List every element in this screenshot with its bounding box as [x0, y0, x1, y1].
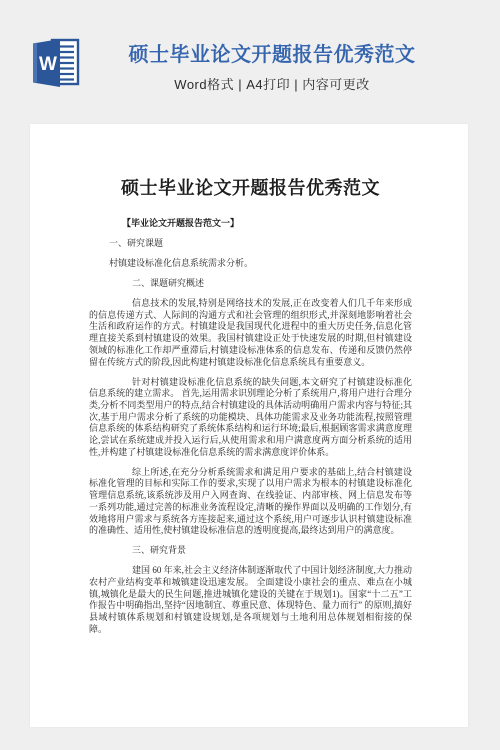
doc-paragraph: 建国 60 年来,社会主义经济体制逐渐取代了中国计划经济制度,大力推动农村产业结…: [89, 565, 412, 635]
document-preview-page: 硕士毕业论文开题报告优秀范文 【毕业论文开题报告范文一】一、研究课题村镇建设标准…: [30, 124, 468, 727]
preview-header: W 硕士毕业论文开题报告优秀范文 Word格式 | A4打印 | 内容可更改: [0, 0, 500, 124]
doc-heading: 三、研究背景: [89, 545, 412, 557]
doc-heading: 村镇建设标准化信息系统需求分析。: [89, 258, 412, 270]
doc-paragraph: 综上所述,在充分分析系统需求和满足用户要求的基础上,结合村镇建设标准化管理的目标…: [89, 467, 412, 537]
page-subtitle: Word格式 | A4打印 | 内容可更改: [44, 74, 500, 93]
doc-paragraph: 信息技术的发展,特别是网络技术的发展,正在改变着人们几千年来形成的信息传递方式、…: [89, 298, 412, 368]
doc-heading: 二、课题研究概述: [89, 278, 412, 290]
page-title: 硕士毕业论文开题报告优秀范文: [44, 42, 500, 68]
document-title: 硕士毕业论文开题报告优秀范文: [89, 176, 412, 200]
document-body: 【毕业论文开题报告范文一】一、研究课题村镇建设标准化信息系统需求分析。二、课题研…: [89, 218, 412, 635]
header-text-block: 硕士毕业论文开题报告优秀范文 Word格式 | A4打印 | 内容可更改: [0, 0, 500, 93]
doc-heading: 【毕业论文开题报告范文一】: [89, 218, 412, 230]
doc-paragraph: 针对村镇建设标准化信息系统的缺失问题,本文研究了村镇建设标准化信息系统的建立需求…: [89, 377, 412, 459]
doc-heading: 一、研究课题: [89, 238, 412, 250]
